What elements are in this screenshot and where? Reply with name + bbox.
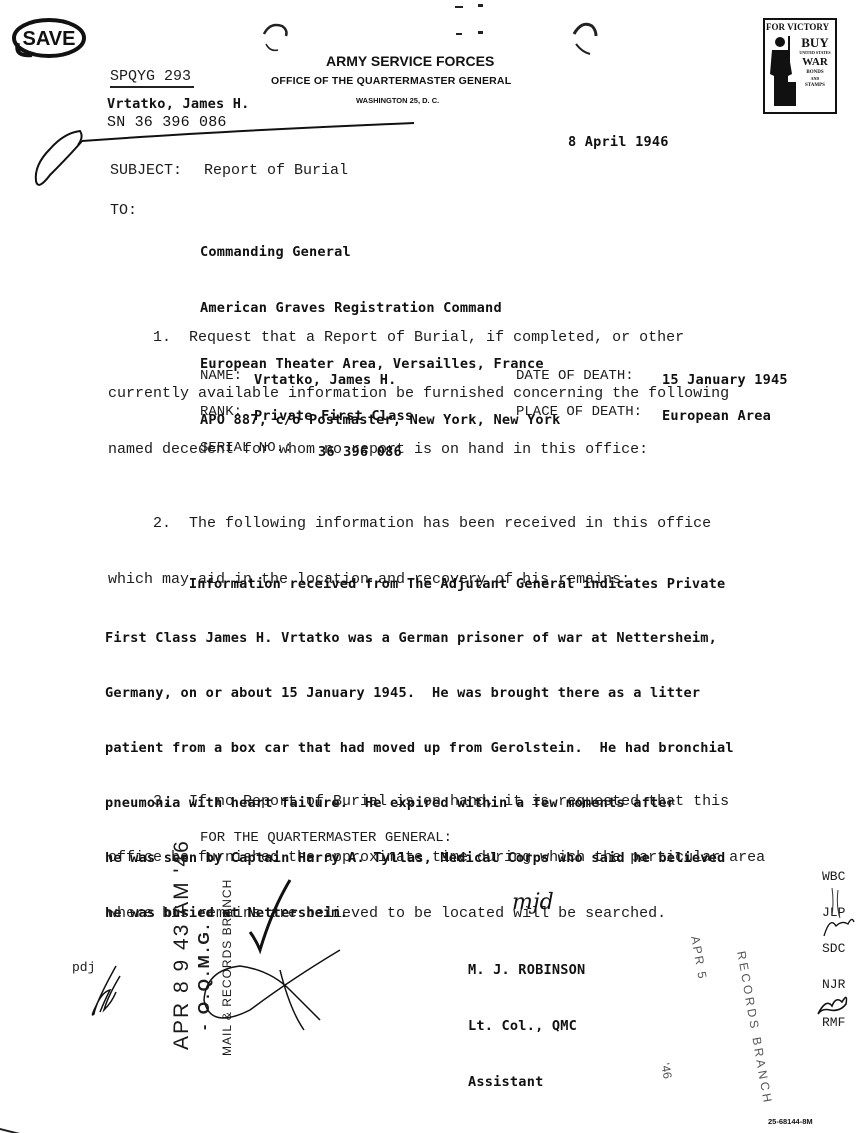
soldier-silhouette-icon <box>768 34 796 108</box>
serial-label: SERIAL NO.: <box>200 440 292 456</box>
date-of-death-label: DATE OF DEATH: <box>516 368 634 384</box>
date-of-death: 15 January 1945 <box>662 372 788 388</box>
rank-label: RANK: <box>200 404 242 420</box>
name-label: NAME: <box>200 368 242 384</box>
address-line: Commanding General <box>200 243 561 262</box>
routing-initial: WBC <box>822 870 845 883</box>
faint-stamp-year: '46 <box>658 1062 675 1080</box>
faint-stamp-branch: RECORDS BRANCH <box>734 950 775 1106</box>
place-of-death-label: PLACE OF DEATH: <box>516 404 642 420</box>
save-badge-icon: SAVE <box>12 17 86 59</box>
scan-artifact <box>0 1128 25 1133</box>
faint-stamp-text: APR 5 <box>688 935 710 981</box>
signature-initials: mjd <box>512 890 554 915</box>
reference-name: Vrtatko, James H. <box>107 96 250 112</box>
scan-speck <box>478 31 483 34</box>
letter-date: 8 April 1946 <box>568 134 669 150</box>
file-code: SPQYG 293 <box>110 68 191 85</box>
scan-speck <box>478 4 483 7</box>
handwritten-initials-icon <box>86 962 126 1020</box>
file-code-underline <box>110 86 194 88</box>
decedent-serial: 36 396 086 <box>318 444 402 460</box>
punch-mark-icon <box>256 20 296 60</box>
punch-mark-icon <box>568 18 608 58</box>
handwritten-initials-icon <box>812 886 862 942</box>
signer-name: M. J. ROBINSON <box>468 961 585 980</box>
signer-title: Assistant <box>468 1073 585 1092</box>
letterhead-city: WASHINGTON 25, D. C. <box>356 96 439 105</box>
to-label: TO: <box>110 202 137 219</box>
routing-initial: SDC <box>822 942 845 955</box>
decedent-name: Vrtatko, James H. <box>254 372 397 388</box>
handwritten-mark-icon <box>20 115 420 195</box>
place-of-death: European Area <box>662 408 771 424</box>
signer-rank: Lt. Col., QMC <box>468 1017 585 1036</box>
letterhead-org: ARMY SERVICE FORCES <box>326 53 494 69</box>
decedent-rank: Private First Class <box>254 408 413 424</box>
closing-line: FOR THE QUARTERMASTER GENERAL: <box>200 830 452 846</box>
subject-label: SUBJECT: <box>110 162 182 179</box>
letterhead-office: OFFICE OF THE QUARTERMASTER GENERAL <box>271 75 511 87</box>
scan-speck <box>455 6 463 8</box>
form-number: 25-68144-8M <box>768 1117 813 1126</box>
received-stamp-date: APR 8 9 43 AM '46 <box>170 839 194 1050</box>
subject-value: Report of Burial <box>204 162 348 179</box>
check-mark-icon <box>200 870 370 1040</box>
handwritten-initials-icon <box>814 990 854 1018</box>
scan-speck <box>456 33 462 35</box>
svg-text:SAVE: SAVE <box>23 28 76 50</box>
war-bonds-poster: FOR VICTORY BUY UNITED STATES WAR BONDS … <box>763 18 837 114</box>
signature-block: M. J. ROBINSON Lt. Col., QMC Assistant <box>468 924 585 1110</box>
